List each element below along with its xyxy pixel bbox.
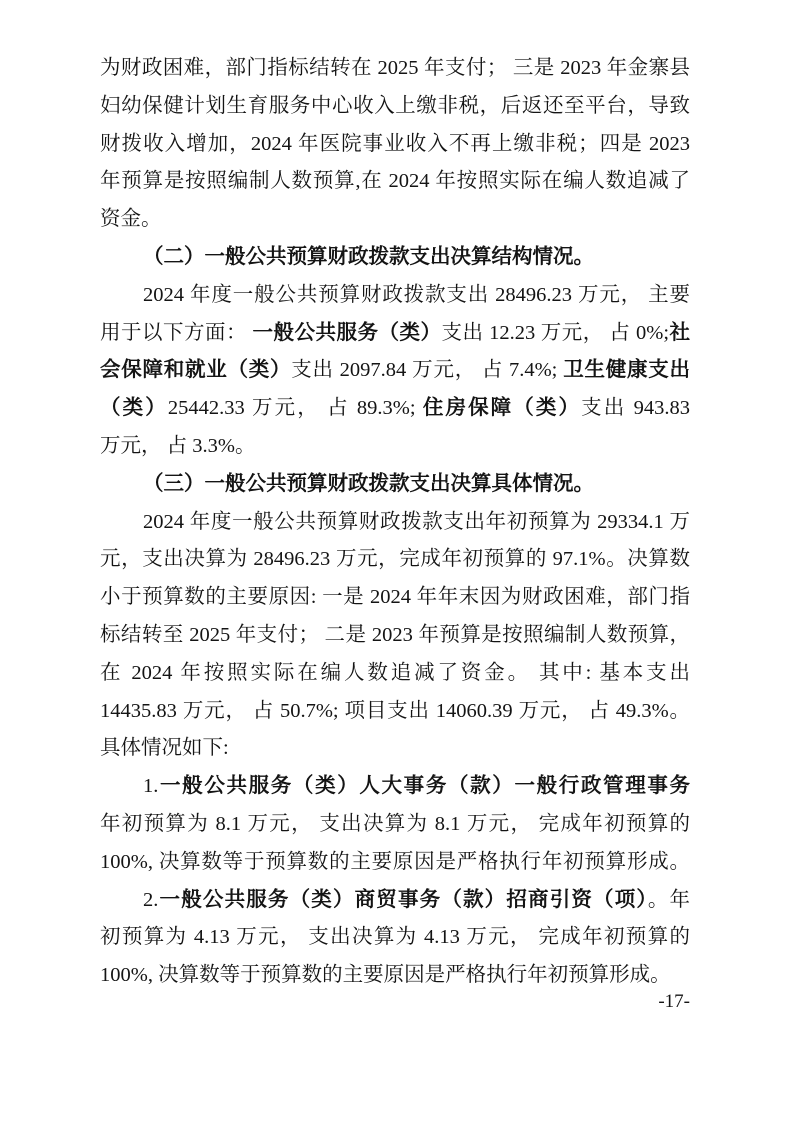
bold-text-segment: （二）一般公共预算财政拨款支出决算结构情况。 xyxy=(143,246,594,268)
bold-text-segment: （类） xyxy=(100,397,168,419)
bold-text-segment: 会保障和就业（类） xyxy=(100,359,291,381)
document-body: 为财政困难，部门指标结转在 2025 年支付； 三是 2023 年金寨县妇幼保健… xyxy=(100,50,690,995)
heading-line: （二）一般公共预算财政拨款支出决算结构情况。 xyxy=(100,239,690,277)
text-line: 会保障和就业（类）支出 2097.84 万元， 占 7.4%; 卫生健康支出 xyxy=(100,352,690,390)
bold-text-segment: 一般公共服务（类）人大事务（款）一般行政管理事务（项） xyxy=(100,775,690,806)
text-segment: 支出 2097.84 万元， 占 7.4%; xyxy=(291,359,563,381)
text-line: 小于预算数的主要原因: 一是 2024 年年末因为财政困难，部门指 xyxy=(100,579,690,617)
text-line: 2024 年度一般公共预算财政拨款支出年初预算为 29334.1 万 xyxy=(100,504,690,542)
text-segment: 1. xyxy=(143,775,158,797)
text-line: 2.一般公共服务（类）商贸事务（款）招商引资（项）。年 xyxy=(100,882,690,920)
text-line: （类）25442.33 万元， 占 89.3%; 住房保障（类）支出 943.8… xyxy=(100,390,690,428)
text-segment: 元，支出决算为 28496.23 万元，完成年初预算的 97.1%。决算数 xyxy=(100,548,690,570)
text-line: 在 2024 年按照实际在编人数追减了资金。 其中: 基本支出 xyxy=(100,655,690,693)
text-segment: 25442.33 万元， 占 89.3%; xyxy=(168,397,423,419)
text-line: 14435.83 万元， 占 50.7%; 项目支出 14060.39 万元， … xyxy=(100,693,690,731)
bold-text-segment: 住房保障（类） xyxy=(423,397,581,419)
text-line: 1.一般公共服务（类）人大事务（款）一般行政管理事务（项）。 xyxy=(100,768,690,806)
text-segment: 用于以下方面： xyxy=(100,322,253,344)
page-number: -17- xyxy=(658,991,690,1013)
text-segment: 万元， 占 3.3%。 xyxy=(100,435,255,457)
text-line: 年预算是按照编制人数预算,在 2024 年按照实际在编人数追减了 xyxy=(100,163,690,201)
text-line: 财拨收入增加，2024 年医院事业收入不再上缴非税；四是 2023 xyxy=(100,126,690,164)
bold-text-segment: 社 xyxy=(669,322,690,344)
text-line: 100%, 决算数等于预算数的主要原因是严格执行年初预算形成。 xyxy=(100,957,690,995)
text-line: 100%, 决算数等于预算数的主要原因是严格执行年初预算形成。 xyxy=(100,844,690,882)
text-segment: 100%, 决算数等于预算数的主要原因是严格执行年初预算形成。 xyxy=(100,851,690,873)
text-segment: 小于预算数的主要原因: 一是 2024 年年末因为财政困难，部门指 xyxy=(100,586,690,608)
text-segment: 100%, 决算数等于预算数的主要原因是严格执行年初预算形成。 xyxy=(100,964,671,986)
text-segment: 。年 xyxy=(648,889,690,911)
heading-line: （三）一般公共预算财政拨款支出决算具体情况。 xyxy=(100,466,690,504)
text-line: 元，支出决算为 28496.23 万元，完成年初预算的 97.1%。决算数 xyxy=(100,541,690,579)
text-line: 妇幼保健计划生育服务中心收入上缴非税，后返还至平台，导致 xyxy=(100,88,690,126)
bold-text-segment: （三）一般公共预算财政拨款支出决算具体情况。 xyxy=(143,473,594,495)
text-segment: 支出 943.83 xyxy=(581,397,690,419)
text-line: 用于以下方面： 一般公共服务（类）支出 12.23 万元， 占 0%;社 xyxy=(100,315,690,353)
text-segment: 2. xyxy=(143,889,158,911)
bold-text-segment: 一般公共服务（类）商贸事务（款）招商引资（项） xyxy=(158,889,647,911)
text-segment: 年初预算为 8.1 万元， 支出决算为 8.1 万元， 完成年初预算的 xyxy=(100,813,690,835)
text-line: 标结转至 2025 年支付； 二是 2023 年预算是按照编制人数预算， xyxy=(100,617,690,655)
text-segment: 2024 年度一般公共预算财政拨款支出 28496.23 万元， 主要 xyxy=(143,284,690,306)
text-segment: 具体情况如下: xyxy=(100,737,229,759)
text-segment: 妇幼保健计划生育服务中心收入上缴非税，后返还至平台，导致 xyxy=(100,95,690,117)
text-segment: 初预算为 4.13 万元， 支出决算为 4.13 万元， 完成年初预算的 xyxy=(100,926,690,948)
text-line: 具体情况如下: xyxy=(100,730,690,768)
bold-text-segment: 一般公共服务（类） xyxy=(253,322,442,344)
text-segment: 14435.83 万元， 占 50.7%; 项目支出 14060.39 万元， … xyxy=(100,700,690,722)
text-segment: 标结转至 2025 年支付； 二是 2023 年预算是按照编制人数预算， xyxy=(100,624,690,646)
text-segment: 2024 年度一般公共预算财政拨款支出年初预算为 29334.1 万 xyxy=(143,511,690,533)
text-line: 2024 年度一般公共预算财政拨款支出 28496.23 万元， 主要 xyxy=(100,277,690,315)
text-segment: 为财政困难，部门指标结转在 2025 年支付； 三是 2023 年金寨县 xyxy=(100,57,690,79)
text-segment: 财拨收入增加，2024 年医院事业收入不再上缴非税；四是 2023 xyxy=(100,133,690,155)
document-page: 为财政困难，部门指标结转在 2025 年支付； 三是 2023 年金寨县妇幼保健… xyxy=(0,0,793,1122)
text-segment: 在 2024 年按照实际在编人数追减了资金。 其中: 基本支出 xyxy=(100,662,690,684)
text-line: 为财政困难，部门指标结转在 2025 年支付； 三是 2023 年金寨县 xyxy=(100,50,690,88)
text-line: 万元， 占 3.3%。 xyxy=(100,428,690,466)
text-line: 初预算为 4.13 万元， 支出决算为 4.13 万元， 完成年初预算的 xyxy=(100,919,690,957)
text-segment: 年预算是按照编制人数预算,在 2024 年按照实际在编人数追减了 xyxy=(100,170,690,192)
text-line: 资金。 xyxy=(100,201,690,239)
bold-text-segment: 卫生健康支出 xyxy=(563,359,690,381)
text-segment: 资金。 xyxy=(100,208,162,230)
text-line: 年初预算为 8.1 万元， 支出决算为 8.1 万元， 完成年初预算的 xyxy=(100,806,690,844)
text-segment: 支出 12.23 万元， 占 0%; xyxy=(441,322,669,344)
